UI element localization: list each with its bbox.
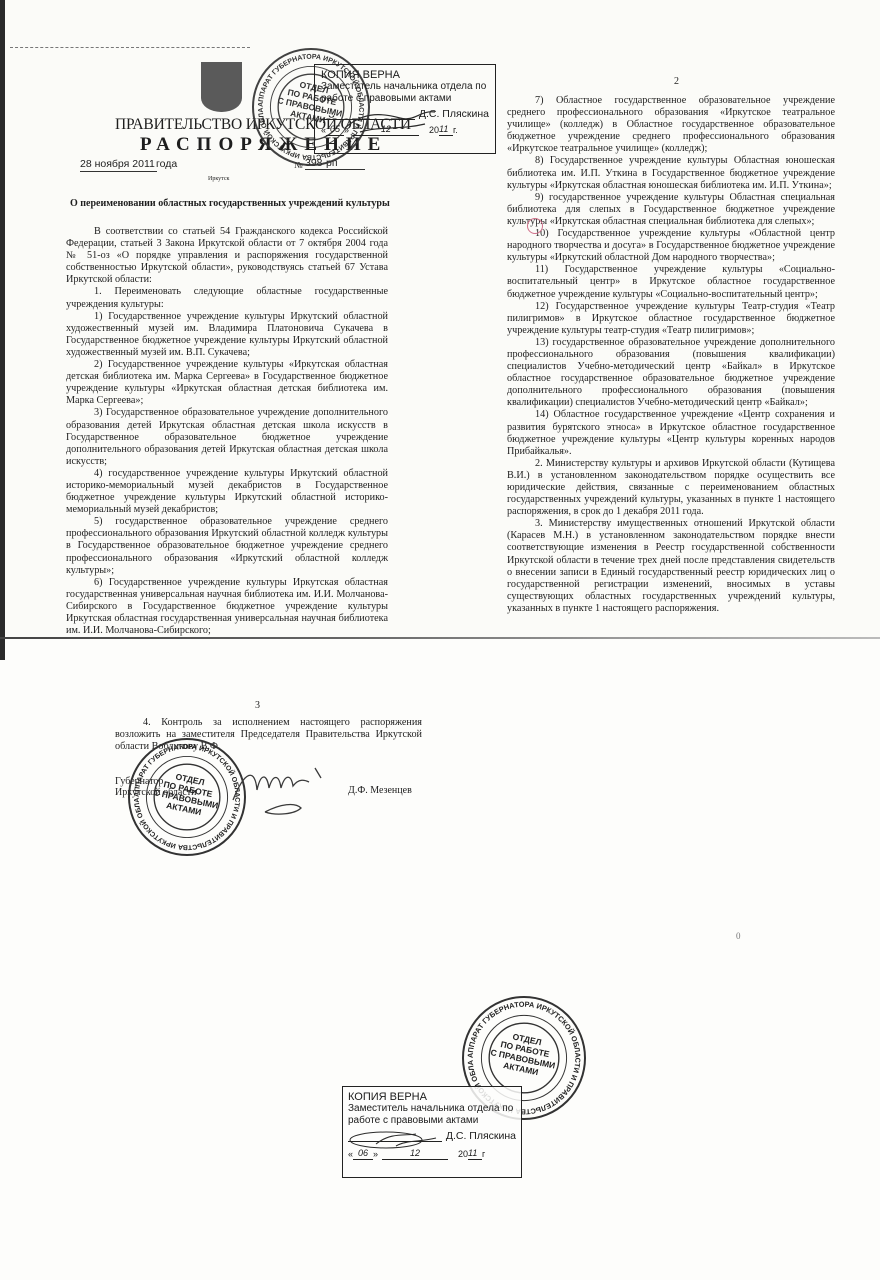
item-2: 2) Государственное учреждение культуры «… — [66, 359, 388, 407]
document-subject: О переименовании областных государственн… — [70, 198, 390, 209]
signer-name: Д.Ф. Мезенцев — [348, 785, 412, 796]
scan-artifact-line — [10, 47, 250, 49]
item-1: 1) Государственное учреждение культуры И… — [66, 311, 388, 359]
governor-signature — [225, 760, 335, 820]
signature-scribble-top — [340, 100, 450, 140]
pen-circle-mark — [527, 218, 543, 234]
item-5: 5) государственное образовательное учреж… — [66, 516, 388, 576]
document-city: Иркутск — [208, 176, 229, 182]
copy-stamp-position-line1: Заместитель начальника отдела по — [321, 81, 489, 93]
item-8: 8) Государственное учреждение культуры О… — [507, 155, 835, 191]
preamble-paragraph: В соответствии со статьей 54 Гражданског… — [66, 226, 388, 286]
page-divider — [0, 637, 880, 639]
copy-stamp-title: КОПИЯ ВЕРНА — [348, 1091, 516, 1103]
item-4: 4) государственное учреждение культуры И… — [66, 468, 388, 516]
item-7: 7) Областное государственное образовател… — [507, 95, 835, 155]
coat-of-arms-icon — [201, 62, 242, 112]
copy-stamp-signer: Д.С. Пляскина — [446, 1130, 516, 1142]
item-12: 12) Государственное учреждение культуры … — [507, 301, 835, 337]
item-10: 10) Государственное учреждение культуры … — [507, 228, 835, 264]
copy-stamp-title: КОПИЯ ВЕРНА — [321, 69, 489, 81]
clause-1: 1. Переименовать следующие областные гос… — [66, 286, 388, 310]
scan-edge-shadow — [0, 0, 5, 660]
page2-body: 7) Областное государственное образовател… — [507, 95, 835, 615]
document-date: 28 ноября 2011 — [80, 158, 157, 172]
item-6: 6) Государственное учреждение культуры И… — [66, 577, 388, 637]
item-3: 3) Государственное образовательное учреж… — [66, 407, 388, 467]
clause-2: 2. Министерству культуры и архивов Иркут… — [507, 458, 835, 518]
stray-mark: 0 — [736, 931, 741, 941]
page-number-3: 3 — [255, 700, 260, 711]
page-number-2: 2 — [674, 76, 679, 87]
clause-3: 3. Министерству имущественных отношений … — [507, 518, 835, 615]
item-13: 13) государственное образовательное учре… — [507, 337, 835, 410]
page1-body: В соответствии со статьей 54 Гражданског… — [66, 226, 388, 637]
document-date-suffix: года — [156, 158, 177, 170]
signature-scribble-bottom — [346, 1122, 446, 1156]
item-14: 14) Областное государственное учреждение… — [507, 409, 835, 457]
item-9: 9) государственное учреждение культуры О… — [507, 192, 835, 228]
copy-stamp-position-line1: Заместитель начальника отдела по — [348, 1103, 516, 1115]
item-11: 11) Государственное учреждение культуры … — [507, 264, 835, 300]
